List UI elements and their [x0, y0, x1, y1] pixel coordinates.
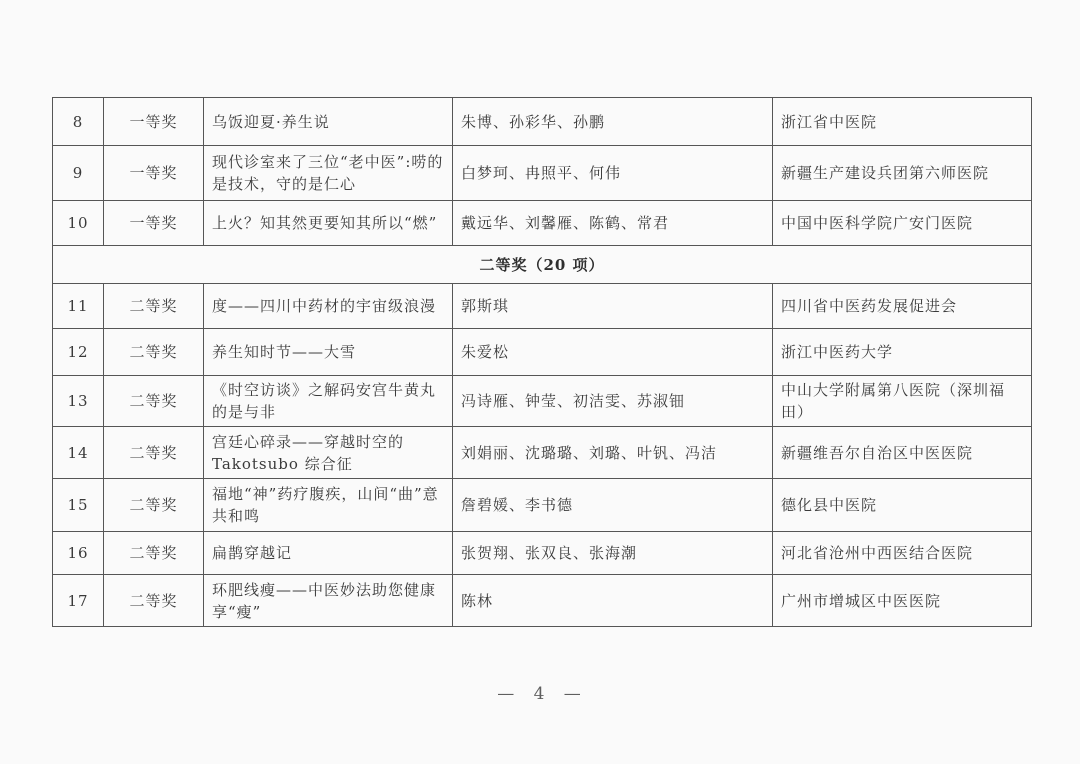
table-row: 17 二等奖 环肥线瘦——中医妙法助您健康享“瘦” 陈林 广州市增城区中医医院: [53, 575, 1032, 627]
entry-authors: 刘娟丽、沈璐璐、刘璐、叶钒、冯洁: [453, 427, 773, 479]
entry-organization: 德化县中医院: [773, 479, 1032, 532]
table-row: 13 二等奖 《时空访谈》之解码安宫牛黄丸的是与非 冯诗雁、钟莹、初洁雯、苏淑钿…: [53, 376, 1032, 427]
award-level: 一等奖: [104, 201, 204, 246]
entry-title: 乌饭迎夏·养生说: [204, 98, 453, 146]
award-level: 一等奖: [104, 146, 204, 201]
entry-authors: 戴远华、刘馨雁、陈鹤、常君: [453, 201, 773, 246]
table-row: 11 二等奖 度——四川中药材的宇宙级浪漫 郭斯琪 四川省中医药发展促进会: [53, 284, 1032, 329]
entry-authors: 白梦珂、冉照平、何伟: [453, 146, 773, 201]
award-level: 二等奖: [104, 284, 204, 329]
row-number: 8: [53, 98, 104, 146]
entry-authors: 朱博、孙彩华、孙鹏: [453, 98, 773, 146]
entry-authors: 陈林: [453, 575, 773, 627]
table-row: 9 一等奖 现代诊室来了三位“老中医”:唠的是技术，守的是仁心 白梦珂、冉照平、…: [53, 146, 1032, 201]
entry-organization: 新疆维吾尔自治区中医医院: [773, 427, 1032, 479]
entry-organization: 中山大学附属第八医院（深圳福田）: [773, 376, 1032, 427]
entry-organization: 四川省中医药发展促进会: [773, 284, 1032, 329]
entry-authors: 郭斯琪: [453, 284, 773, 329]
row-number: 14: [53, 427, 104, 479]
row-number: 12: [53, 329, 104, 376]
awards-table: 8 一等奖 乌饭迎夏·养生说 朱博、孙彩华、孙鹏 浙江省中医院 9 一等奖 现代…: [52, 97, 1032, 627]
award-level: 一等奖: [104, 98, 204, 146]
row-number: 17: [53, 575, 104, 627]
entry-organization: 新疆生产建设兵团第六师医院: [773, 146, 1032, 201]
row-number: 11: [53, 284, 104, 329]
entry-title: 福地“神”药疗腹疾，山间“曲”意共和鸣: [204, 479, 453, 532]
entry-organization: 中国中医科学院广安门医院: [773, 201, 1032, 246]
row-number: 10: [53, 201, 104, 246]
row-number: 15: [53, 479, 104, 532]
entry-title: 现代诊室来了三位“老中医”:唠的是技术，守的是仁心: [204, 146, 453, 201]
row-number: 13: [53, 376, 104, 427]
award-level: 二等奖: [104, 329, 204, 376]
entry-title: 环肥线瘦——中医妙法助您健康享“瘦”: [204, 575, 453, 627]
entry-authors: 冯诗雁、钟莹、初洁雯、苏淑钿: [453, 376, 773, 427]
award-level: 二等奖: [104, 575, 204, 627]
entry-title: 宫廷心碎录——穿越时空的 Takotsubo 综合征: [204, 427, 453, 479]
entry-title: 度——四川中药材的宇宙级浪漫: [204, 284, 453, 329]
table-row: 12 二等奖 养生知时节——大雪 朱爱松 浙江中医药大学: [53, 329, 1032, 376]
table-row: 16 二等奖 扁鹊穿越记 张贺翔、张双良、张海潮 河北省沧州中西医结合医院: [53, 532, 1032, 575]
section-header-row: 二等奖（20 项）: [53, 246, 1032, 284]
table-row: 10 一等奖 上火？知其然更要知其所以“燃” 戴远华、刘馨雁、陈鹤、常君 中国中…: [53, 201, 1032, 246]
table-row: 14 二等奖 宫廷心碎录——穿越时空的 Takotsubo 综合征 刘娟丽、沈璐…: [53, 427, 1032, 479]
award-level: 二等奖: [104, 532, 204, 575]
entry-organization: 浙江省中医院: [773, 98, 1032, 146]
row-number: 9: [53, 146, 104, 201]
entry-organization: 浙江中医药大学: [773, 329, 1032, 376]
entry-title: 扁鹊穿越记: [204, 532, 453, 575]
entry-organization: 河北省沧州中西医结合医院: [773, 532, 1032, 575]
document-page: 8 一等奖 乌饭迎夏·养生说 朱博、孙彩华、孙鹏 浙江省中医院 9 一等奖 现代…: [0, 0, 1080, 764]
section-header: 二等奖（20 项）: [53, 246, 1032, 284]
entry-authors: 詹碧媛、李书德: [453, 479, 773, 532]
table-row: 8 一等奖 乌饭迎夏·养生说 朱博、孙彩华、孙鹏 浙江省中医院: [53, 98, 1032, 146]
entry-title: 养生知时节——大雪: [204, 329, 453, 376]
row-number: 16: [53, 532, 104, 575]
award-level: 二等奖: [104, 427, 204, 479]
table-row: 15 二等奖 福地“神”药疗腹疾，山间“曲”意共和鸣 詹碧媛、李书德 德化县中医…: [53, 479, 1032, 532]
entry-title: 《时空访谈》之解码安宫牛黄丸的是与非: [204, 376, 453, 427]
award-level: 二等奖: [104, 376, 204, 427]
entry-authors: 张贺翔、张双良、张海潮: [453, 532, 773, 575]
entry-authors: 朱爱松: [453, 329, 773, 376]
award-level: 二等奖: [104, 479, 204, 532]
entry-title: 上火？知其然更要知其所以“燃”: [204, 201, 453, 246]
page-number: — 4 —: [0, 684, 1080, 704]
entry-organization: 广州市增城区中医医院: [773, 575, 1032, 627]
